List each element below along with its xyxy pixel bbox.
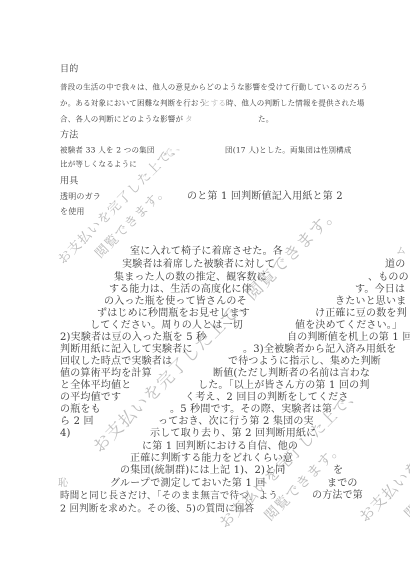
text-fragment: ム [396,247,406,257]
text-fragment: 集まった人の数の推定、観客数に [114,273,267,283]
text-fragment: か。ある対象において困難な判断を行おう [60,99,206,107]
text-fragment: 判断用紙に記入して実験者に [60,345,193,355]
text-fragment: タ [185,115,193,123]
text-fragment: け正確に豆の数を判 [315,309,407,319]
text-fragment: 回収した時点で実験者は [60,357,172,367]
text-fragment: を使用 [60,208,85,216]
text-fragment: とする [203,99,226,107]
text-fragment: 。3)全被験者から記入済み用紙を [243,345,396,355]
text-fragment: 正確に判断する能力をどれくらい意 [130,454,293,464]
text-fragment: た。 [258,115,273,123]
text-fragment: 室に入れて椅子に着席させた。各 [130,247,283,257]
text-fragment: 断値(ただし判断者の名前は言わな [213,369,370,379]
text-fragment: グループで測定しておいた第 1 回 [110,479,266,489]
text-fragment: 団(17 人)とした。両集団は性別構成 [225,146,352,154]
text-fragment: と全体平均値と [60,381,131,391]
text-fragment: した。「以上が皆さん方の第 1 回の判 [198,381,370,391]
text-fragment: 値を決めてください。」 [295,321,402,331]
text-fragment: 4) [60,429,71,439]
text-fragment: を [333,466,343,476]
text-fragment: く考え、2 回目の判断をしてくださ [185,393,349,403]
text-fragment: 比が等しくなるように [60,160,137,168]
text-fragment: 目的 [60,66,78,75]
text-fragment: 時間と同じ長さだけ、「そのまま無言で待つ」よう [60,491,278,501]
document-page: お支払いを完了した上で、閲覧できます。で、お支払いを完了した上で、閲覧できます。… [0,0,410,580]
text-fragment: す。今日は [355,285,405,295]
text-fragment: してください。周りの人とは一切 [90,321,243,331]
text-fragment: 普段の生活の中で我々は、他人の意見からどのような影響を受けて行動しているのだろう [60,83,368,91]
text-fragment: 被験者 33 人を 2 つの集団 [60,146,155,154]
text-fragment: に第 1 回判断における自信、他の [142,442,298,452]
text-fragment: で待つように指示し、集めた判断 [228,357,381,367]
text-fragment: きたいと思いま [335,297,406,307]
text-fragment: 合、各人の判断にどのような影響が [60,115,183,123]
text-fragment: の集団(統制群)には上記 1)、2)と同 [120,466,286,476]
text-fragment: 実験者は着席した被験者に対して [122,260,275,270]
text-fragment: 2)実験者は豆の入った瓶を 5 秒 [60,333,206,343]
text-fragment: ら 2 回 [60,417,94,427]
text-fragment: 、ものの [368,273,409,283]
text-fragment: の方法で第 [312,491,363,501]
text-fragment: 値の算術平均を計算 [60,369,152,379]
text-fragment: する能力は、生活の高度化に伴 [109,285,252,295]
text-fragment: 時、他人の判断した情報を提供された場 [226,99,365,107]
text-fragment: の瓶をも [60,405,101,415]
text-fragment: 透明のガラ [60,193,101,201]
text-fragment: 方法 [60,132,78,141]
text-fragment: ずはじめに秒間瓶をお見せします [97,309,250,319]
text-fragment: の入った瓶を使って皆さんのそ [104,297,247,307]
text-fragment: 道の [385,260,405,270]
text-fragment: 用具 [60,178,78,187]
document-text-layer: 目的普段の生活の中で我々は、他人の意見からどのような影響を受けて行動しているのだ… [0,0,410,580]
text-fragment: の平均値です [60,393,121,403]
text-fragment: 恥 [58,479,68,489]
text-fragment: 自の判断値を机上の第 1 回 [287,333,410,343]
text-fragment: 。5 秒間です。その際、実験者は第 [170,405,332,415]
text-fragment: 2 回判断を求めた。その後、5)の質問に回答 [60,504,254,514]
text-fragment: っておき、次に行う第 2 集団の実 [158,417,314,427]
text-fragment: までの [327,479,358,489]
text-fragment: のと第 1 回判断値記入用紙と第 2 [187,192,343,202]
text-fragment: 示して取り去り、第 2 回判断用紙に [150,429,316,439]
